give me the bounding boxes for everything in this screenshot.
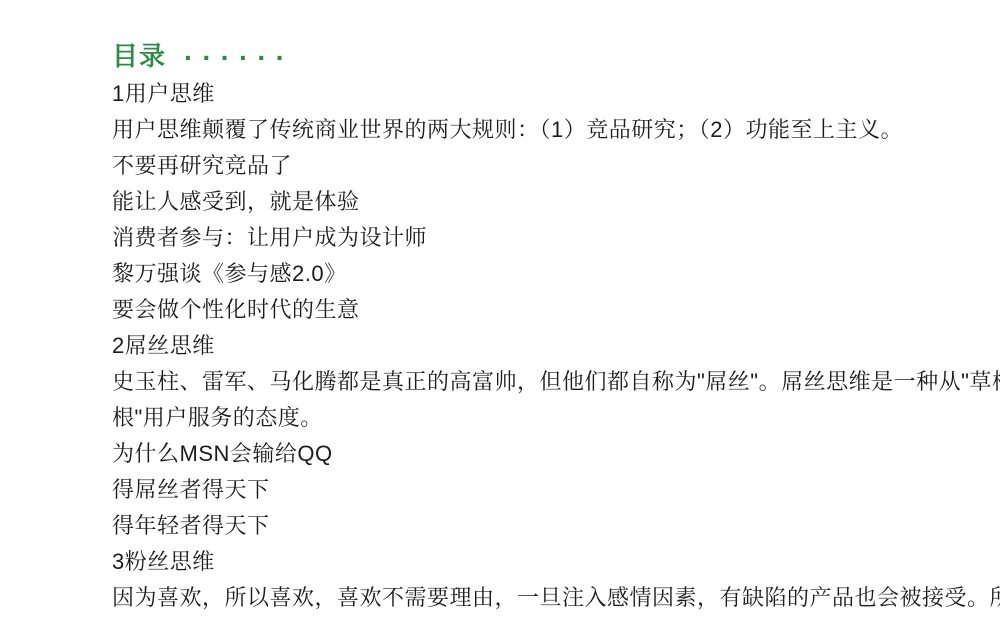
toc-line-6: 黎万强谈《参与感2.0》 bbox=[112, 256, 1000, 292]
toc-line-8: 2屌丝思维 bbox=[112, 328, 1000, 364]
toc-content: 目录 ······ 1用户思维用户思维颠覆了传统商业世界的两大规则：（1）竞品研… bbox=[112, 36, 1000, 616]
toc-line-7: 要会做个性化时代的生意 bbox=[112, 292, 1000, 328]
toc-title-row: 目录 ······ bbox=[112, 36, 1000, 66]
toc-line-4: 能让人感受到，就是体验 bbox=[112, 184, 1000, 220]
toc-line-13: 得年轻者得天下 bbox=[112, 508, 1000, 544]
toc-line-2: 用户思维颠覆了传统商业世界的两大规则：（1）竞品研究；（2）功能至上主义。 bbox=[112, 112, 1000, 148]
toc-line-15: 因为喜欢，所以喜欢，喜欢不需要理由，一旦注入感情因素，有缺陷的产品也会被接受。所 bbox=[112, 580, 1000, 616]
toc-line-10: 根"用户服务的态度。 bbox=[112, 400, 1000, 436]
toc-line-12: 得屌丝者得天下 bbox=[112, 472, 1000, 508]
toc-title: 目录 bbox=[112, 36, 166, 73]
toc-line-5: 消费者参与：让用户成为设计师 bbox=[112, 220, 1000, 256]
toc-line-1: 1用户思维 bbox=[112, 76, 1000, 112]
toc-leader-dots: ······ bbox=[184, 42, 294, 74]
toc-lines: 1用户思维用户思维颠覆了传统商业世界的两大规则：（1）竞品研究；（2）功能至上主… bbox=[112, 76, 1000, 616]
toc-line-11: 为什么MSN会输给QQ bbox=[112, 436, 1000, 472]
toc-line-3: 不要再研究竞品了 bbox=[112, 148, 1000, 184]
toc-line-9: 史玉柱、雷军、马化腾都是真正的高富帅，但他们都自称为"屌丝"。屌丝思维是一种从"… bbox=[112, 364, 1000, 400]
toc-line-14: 3粉丝思维 bbox=[112, 544, 1000, 580]
toc-page: 目录 ······ 1用户思维用户思维颠覆了传统商业世界的两大规则：（1）竞品研… bbox=[0, 0, 1000, 620]
